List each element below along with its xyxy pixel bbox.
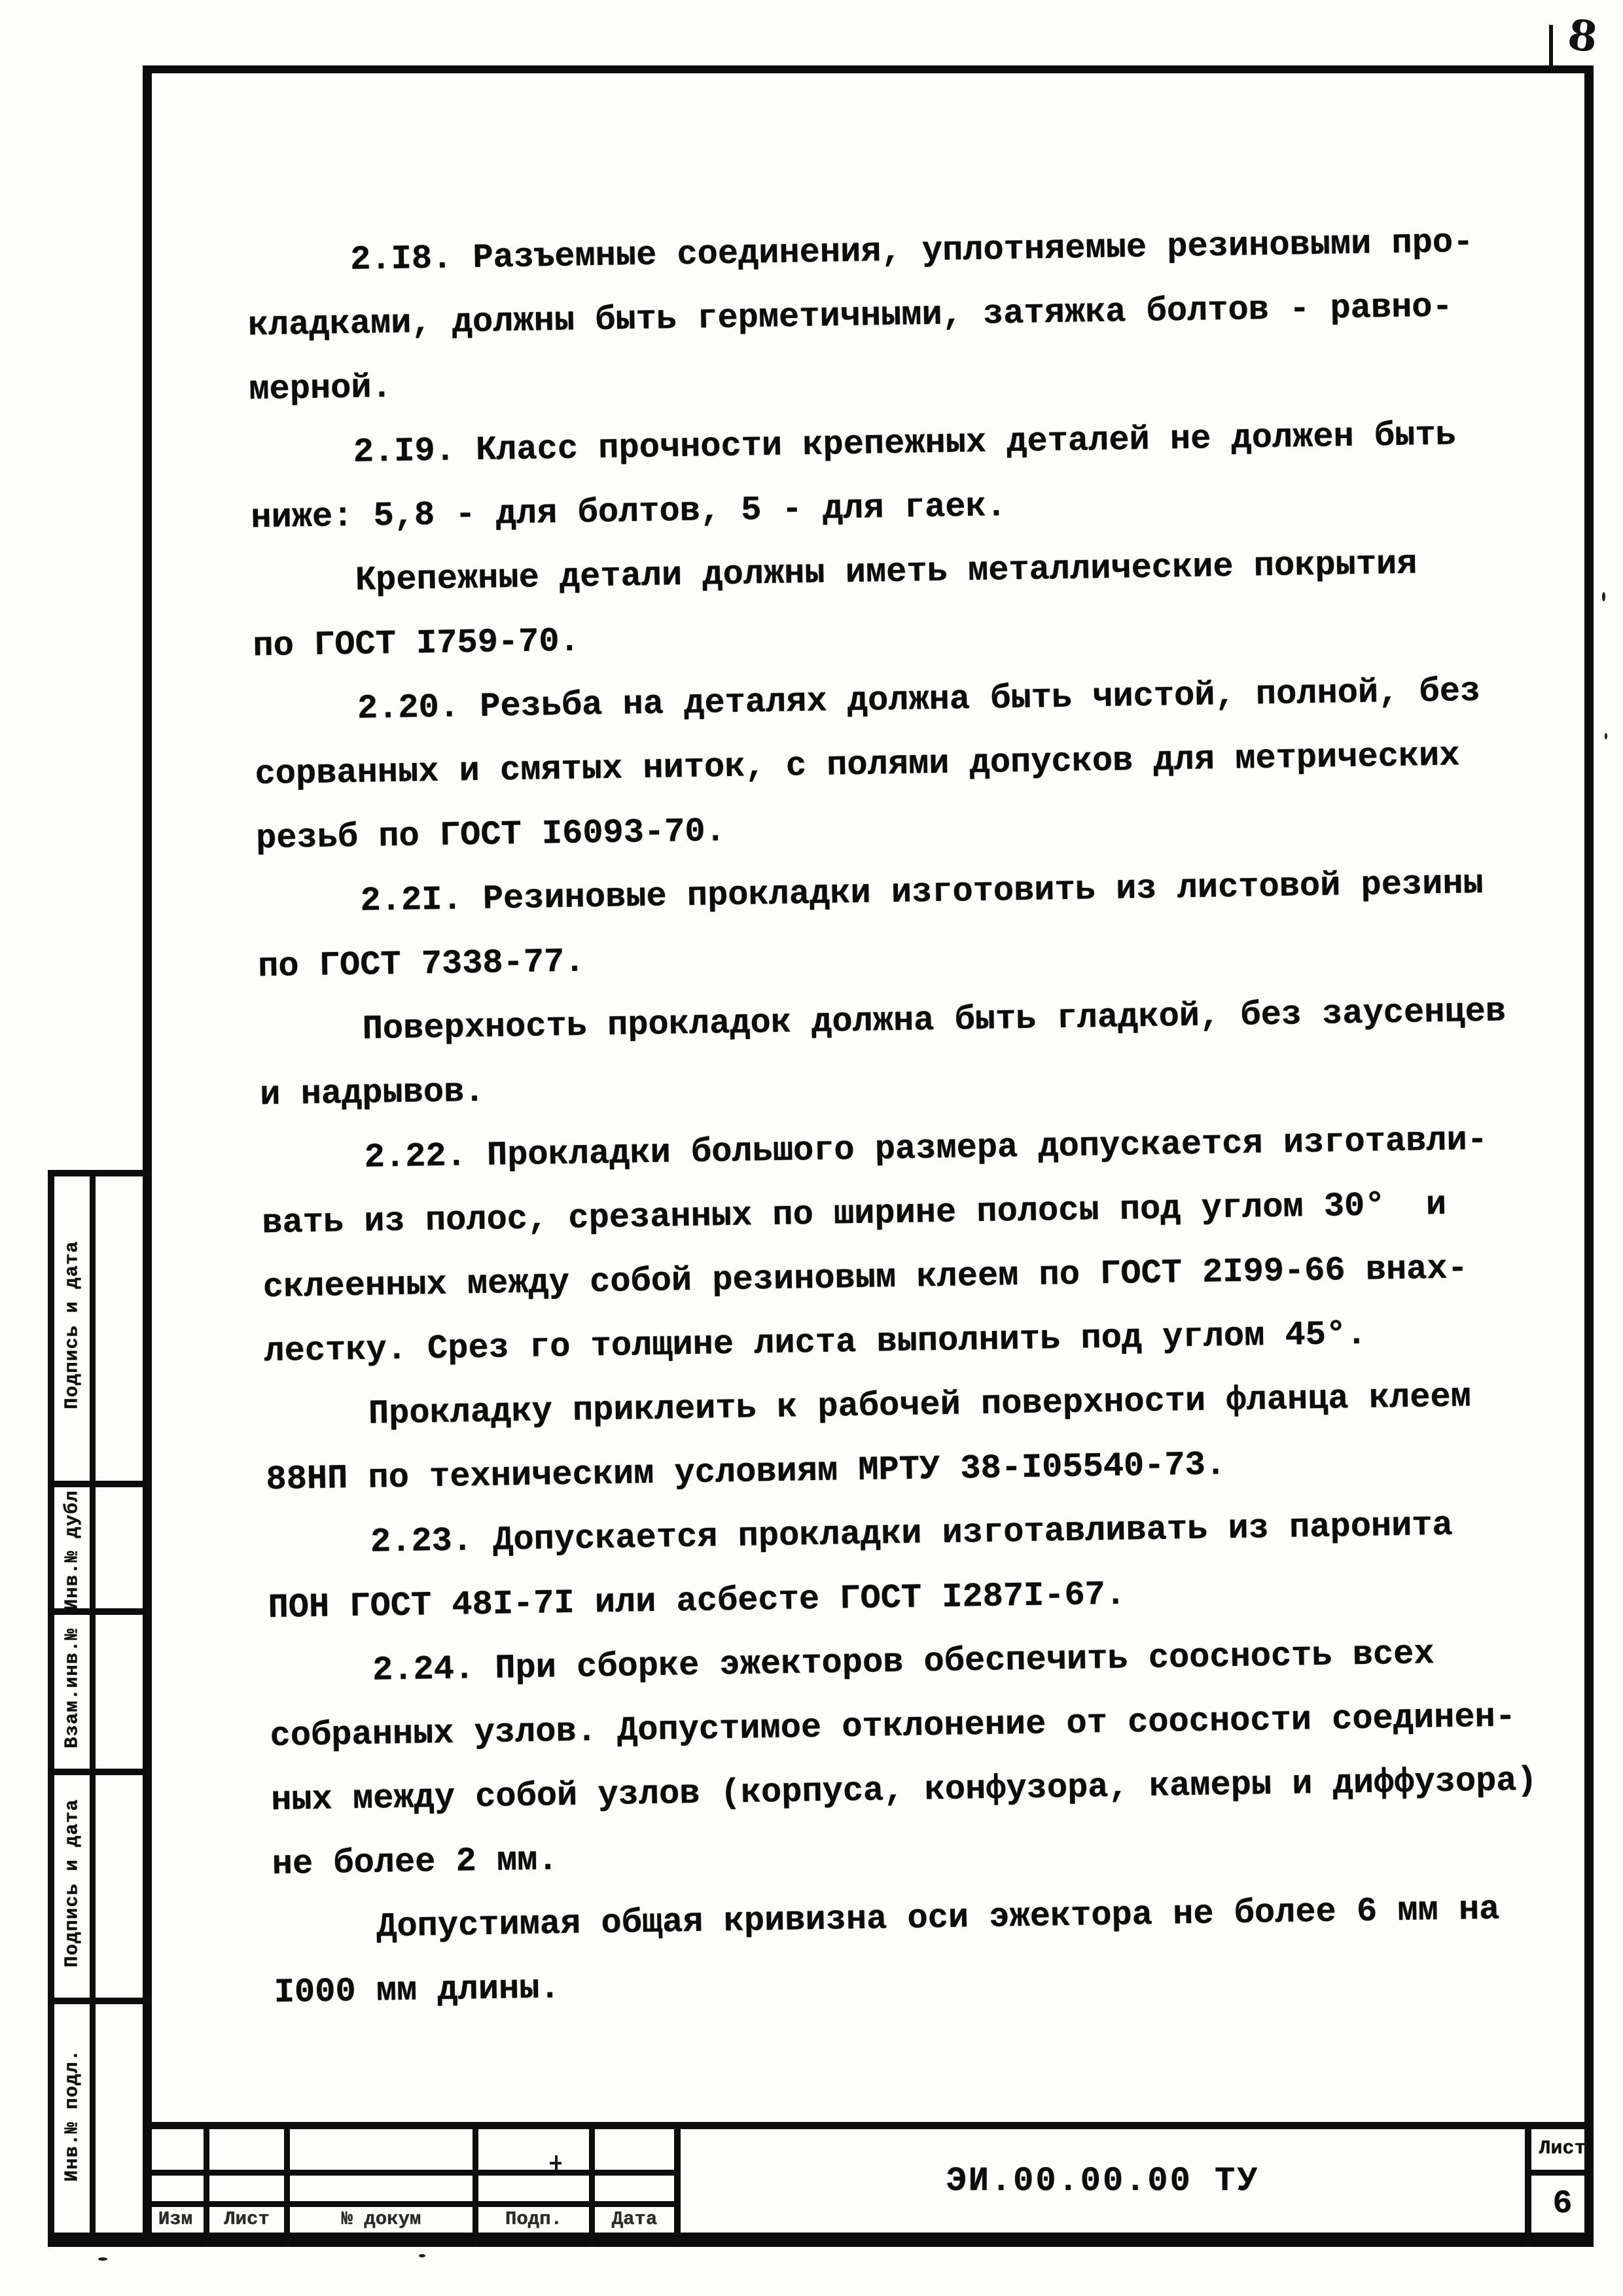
titleblock-top-line	[147, 2122, 1594, 2129]
scan-noise	[1602, 592, 1605, 601]
handwritten-tick-mark	[550, 2162, 562, 2164]
titleblock-v-line	[284, 2122, 290, 2247]
scan-noise	[1605, 733, 1607, 739]
titleblock-v-line	[674, 2122, 681, 2247]
scanned-document-page: 8 2.I8. Разъемные соединения, уплотняемы…	[0, 0, 1623, 2296]
stamp-label-vzam-inv: Взам.инв.№	[62, 1628, 83, 1748]
corner-tick-mark	[1549, 25, 1553, 68]
titleblock-col-list: Лист	[209, 2205, 284, 2233]
stamp-label-signature-date-1: Подпись и дата	[62, 1241, 83, 1409]
titleblock-col-izm: Изм	[147, 2205, 204, 2233]
titleblock-v-line	[589, 2122, 595, 2247]
titleblock-mid-line	[147, 2170, 677, 2176]
sidebar-h-line	[48, 1769, 152, 1775]
sheet-label: Лист	[1531, 2128, 1594, 2170]
scan-noise	[419, 2254, 425, 2257]
titleblock-v-line	[204, 2122, 209, 2247]
sidebar-bottom-line	[48, 2233, 152, 2247]
titleblock-col-podp: Подп.	[478, 2205, 589, 2233]
document-body: 2.I8. Разъемные соединения, уплотняемые …	[0, 209, 1623, 2030]
document-designation: ЭИ.00.00.00 ТУ	[681, 2129, 1525, 2233]
titleblock-v-line	[473, 2122, 478, 2247]
stamp-label-inv-podl: Инв.№ подл.	[62, 2049, 83, 2181]
handwritten-page-number: 8	[1565, 10, 1600, 63]
titleblock-col-data: Дата	[595, 2205, 674, 2233]
sidebar-h-line	[48, 1998, 152, 2004]
titleblock-mid-line	[1525, 2170, 1594, 2176]
sidebar-outer-line	[48, 1170, 54, 2247]
sidebar-divider-line	[90, 1170, 96, 2247]
titleblock-v-line	[1525, 2122, 1531, 2247]
scan-noise	[98, 2257, 107, 2261]
sheet-number: 6	[1531, 2176, 1594, 2233]
stamp-label-inv-dubl: Инв.№ дубл.	[62, 1478, 83, 1610]
titleblock-col-dokum: № докум	[290, 2205, 473, 2233]
sidebar-h-line	[48, 1170, 152, 1176]
stamp-label-signature-date-2: Подпись и дата	[62, 1799, 83, 1968]
